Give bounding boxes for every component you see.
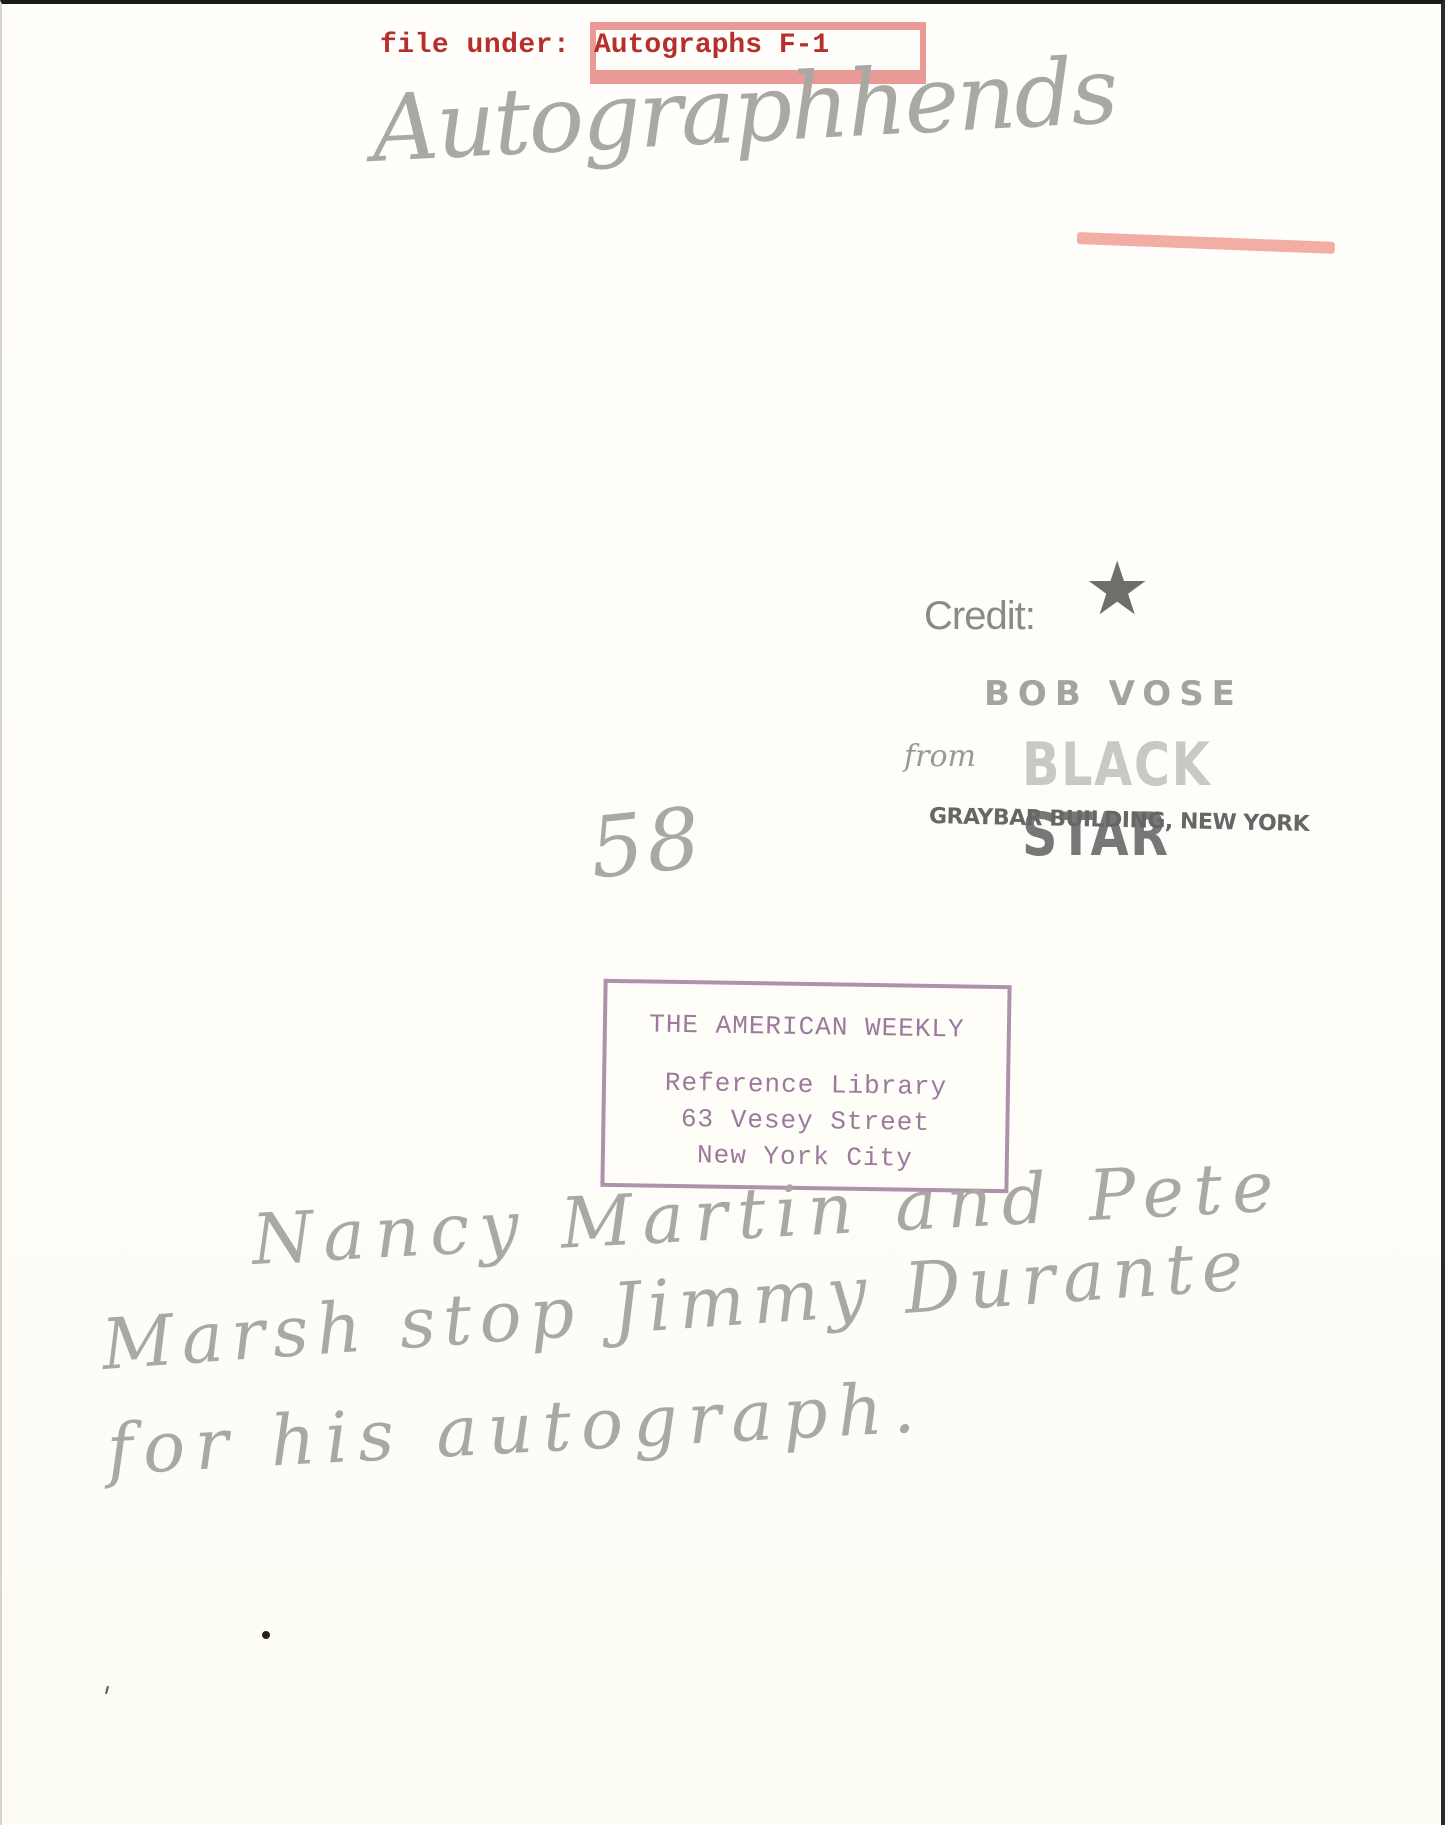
photo-back-document: file under: Autographs F-1 Autographhend… <box>0 0 1445 1825</box>
library-stamp-line: Reference Library <box>606 1067 1006 1103</box>
credit-agency: BLACK STAR <box>1022 730 1366 870</box>
handwritten-number: 58 <box>585 788 708 897</box>
credit-photographer: BOB VOSE <box>984 674 1243 714</box>
filing-label: file under: <box>380 30 570 61</box>
credit-label: Credit: <box>924 594 1035 639</box>
credit-from: from <box>904 739 976 774</box>
library-stamp: THE AMERICAN WEEKLY Reference Library 63… <box>600 979 1011 1193</box>
library-stamp-line: 63 Vesey Street <box>605 1103 1005 1139</box>
red-pencil-mark <box>1077 232 1335 254</box>
handwritten-caption-line: for his autograph. <box>105 1366 927 1491</box>
library-stamp-line: THE AMERICAN WEEKLY <box>607 1009 1007 1045</box>
ink-dot <box>262 1631 270 1639</box>
credit-agency-faded: BLACK <box>1022 730 1211 800</box>
star-icon: ★ <box>1084 552 1150 626</box>
paper-speck <box>105 1686 109 1694</box>
